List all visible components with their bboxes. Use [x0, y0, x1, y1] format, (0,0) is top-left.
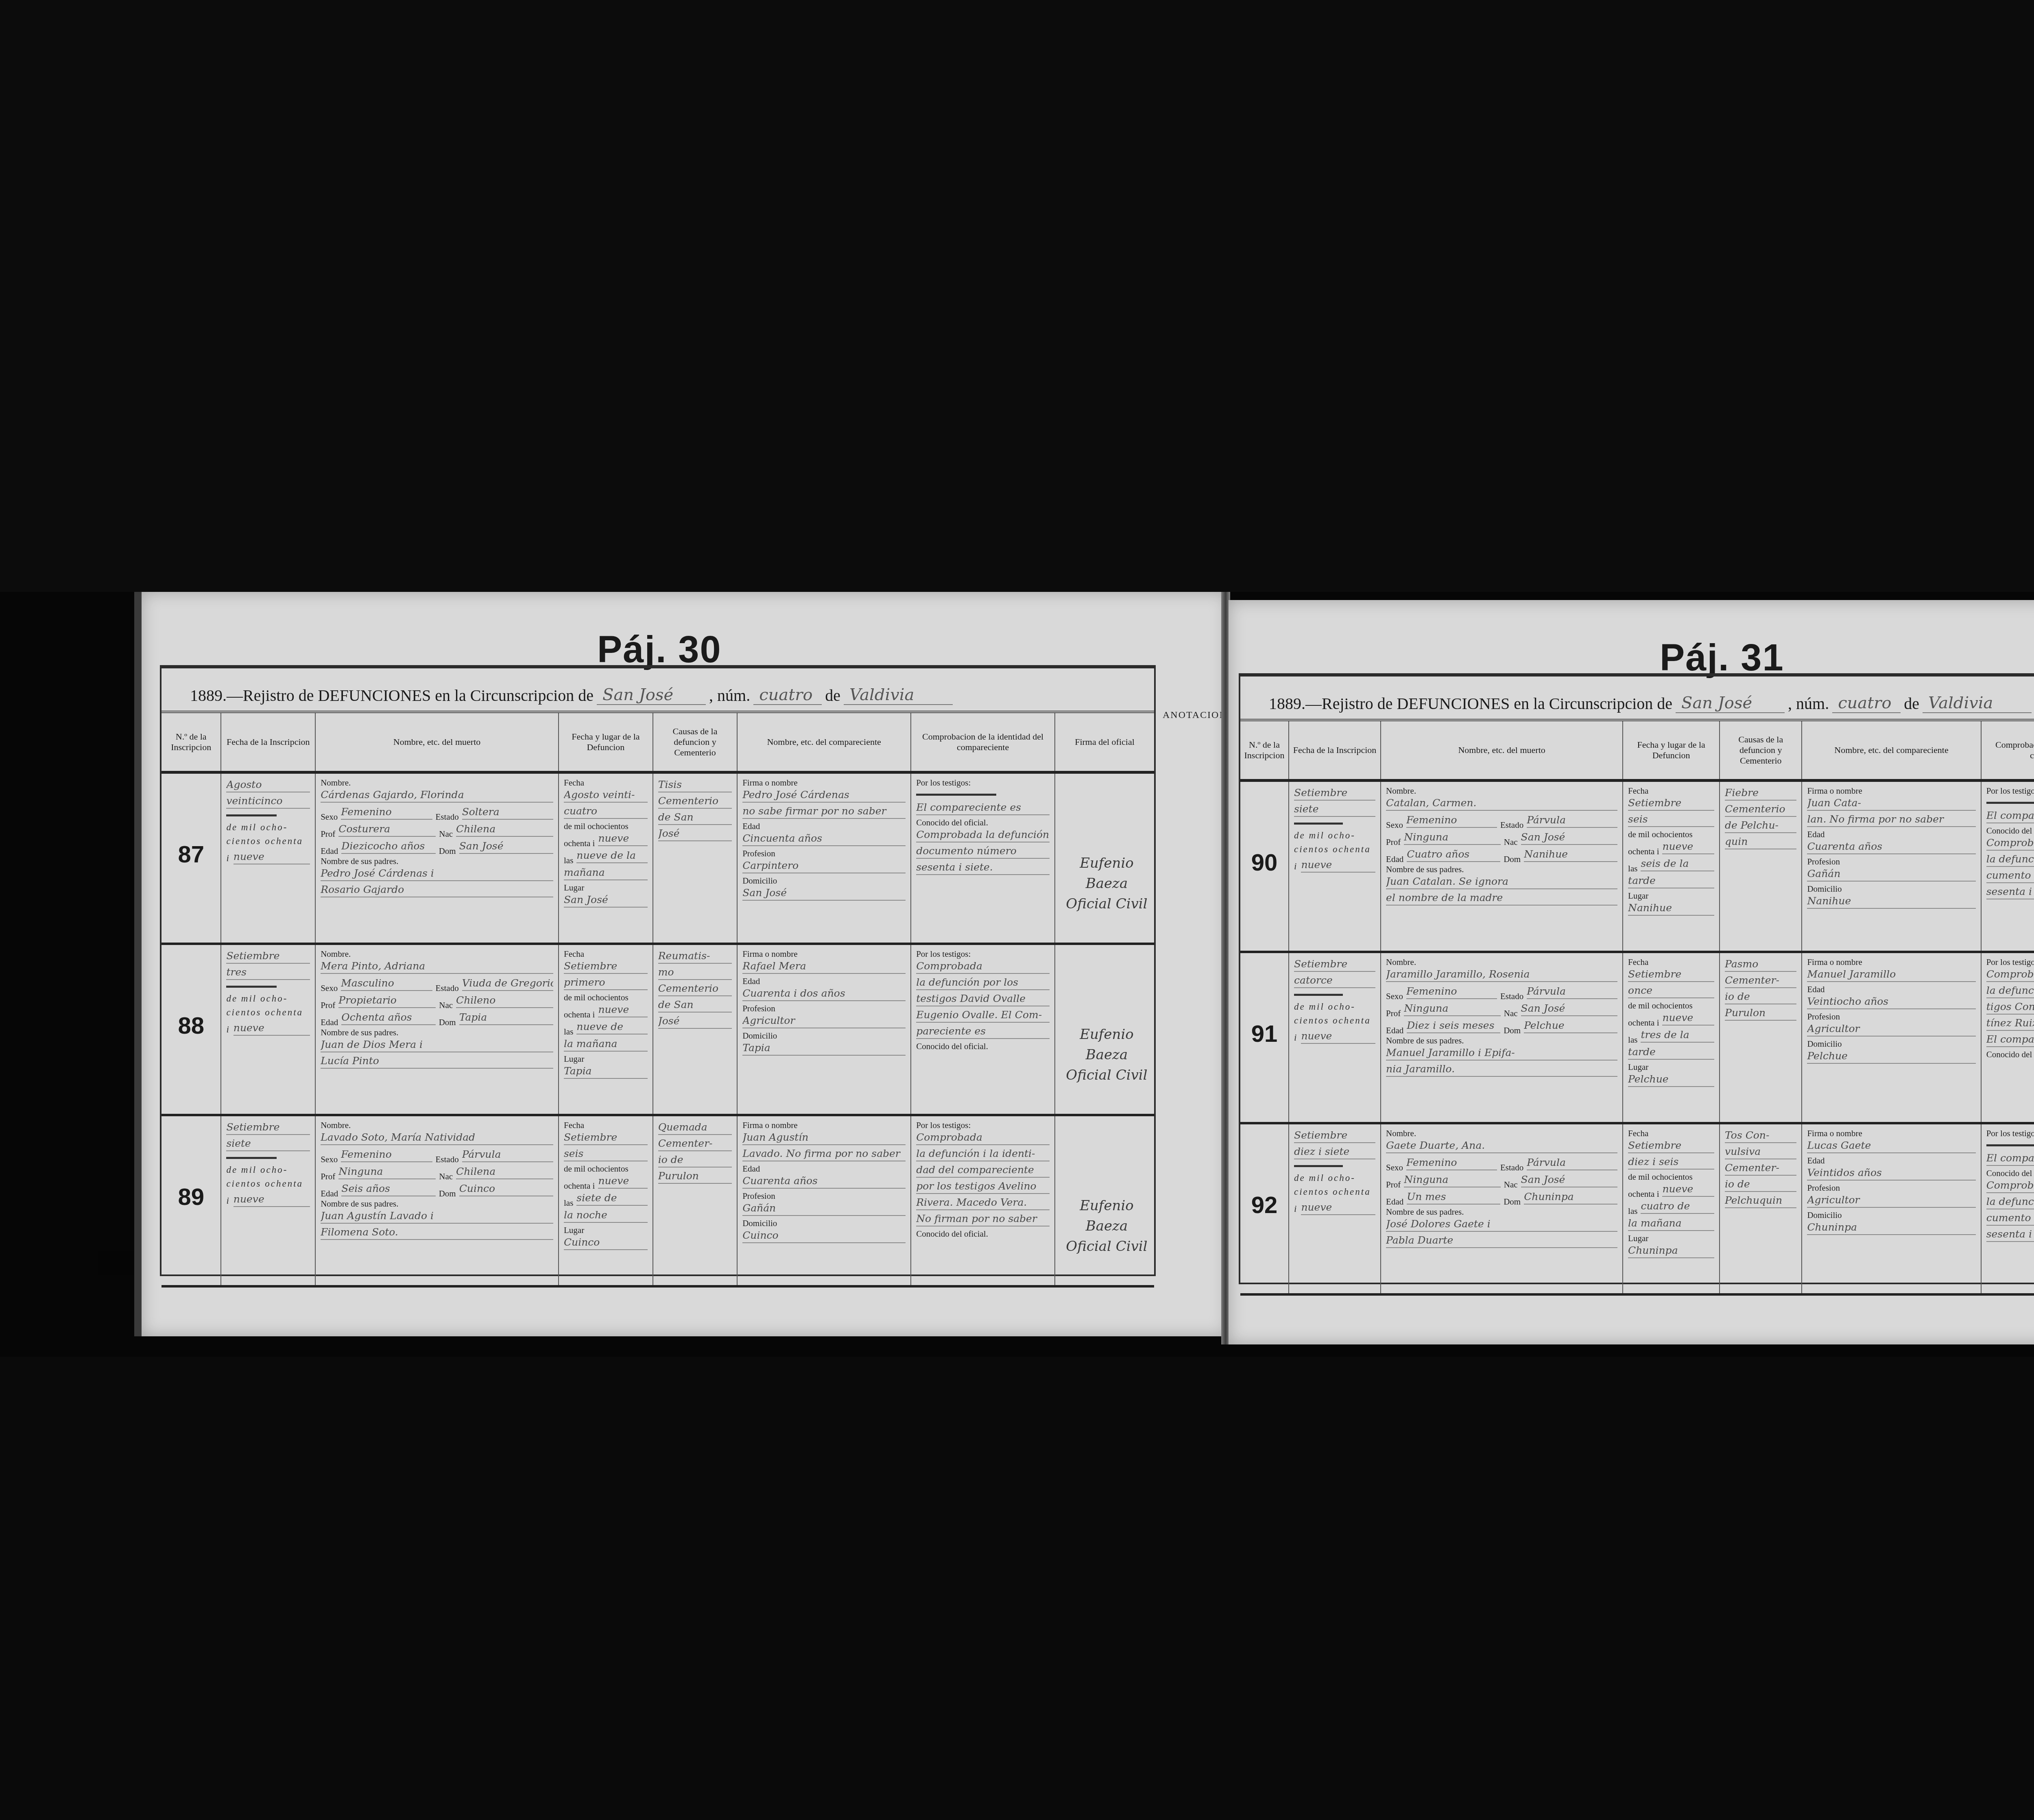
circunscripcion-value: San José — [597, 685, 706, 705]
inscription-date-value: siete — [1294, 803, 1375, 817]
num-value: cuatro — [1832, 694, 1901, 713]
verification-text: documento número — [916, 845, 1050, 859]
estado-label: Estado — [1500, 820, 1523, 830]
firma-label: Firma o nombre — [742, 1120, 906, 1130]
death-hour-value: tarde — [1628, 1046, 1714, 1060]
estado-value: Párvula — [1527, 814, 1617, 828]
year-suffix: inueve — [226, 1021, 310, 1038]
sexo-value: Femenino — [341, 806, 432, 820]
deceased-name: Mera Pinto, Adriana — [321, 960, 553, 974]
cause-cemetery-value: quin — [1725, 836, 1796, 849]
firma-label: Firma o nombre — [742, 778, 906, 788]
edad-label: Edad — [742, 821, 906, 831]
dom-value: Chuninpa — [1524, 1191, 1617, 1205]
printed-year-text: cientos ochenta — [1294, 1015, 1375, 1026]
dom-label: Dom — [439, 846, 456, 856]
de-label: de — [825, 686, 840, 705]
cause-cemetery-value: Cementerio — [658, 795, 732, 809]
cause-cemetery-value: Fiebre — [1725, 787, 1796, 801]
column-header-1: Fecha de la Inscripcion — [221, 713, 315, 773]
padres-label: Nombre de sus padres. — [321, 1199, 553, 1209]
conocido-label: Conocido del oficial. — [916, 1041, 1050, 1052]
prof-value: Ninguna — [1404, 1174, 1501, 1187]
edad-value: Ochenta años — [341, 1011, 435, 1025]
cause-cemetery-value: de San — [658, 999, 732, 1013]
parents-value: José Dolores Gaete i — [1386, 1218, 1617, 1232]
prof-label: Prof — [1386, 1008, 1401, 1019]
cause-cemetery-value: Cementerio — [1725, 803, 1796, 817]
year-suffix-value: nueve — [234, 1022, 310, 1036]
cause-cemetery-cell: TisisCementeriode SanJosé — [653, 773, 737, 944]
death-hour-value: la noche — [564, 1209, 648, 1223]
conocido-label: Conocido del oficial. — [916, 818, 1050, 828]
field-pair: EdadOchenta añosDomTapia — [321, 1010, 553, 1028]
nac-label: Nac — [1504, 837, 1518, 847]
testigos-label: Por los testigos: — [916, 1120, 1050, 1130]
parents-value: Filomena Soto. — [321, 1226, 553, 1240]
inscription-date-cell: Setiembrecatorcede mil ocho-cientos oche… — [1289, 952, 1381, 1123]
lugar-label: Lugar — [1628, 1233, 1714, 1244]
death-year-value: nueve — [598, 832, 647, 846]
death-place-value: Tapia — [564, 1065, 648, 1079]
num-value: cuatro — [753, 685, 822, 705]
declarant-domicile: Chuninpa — [1807, 1221, 1975, 1235]
edad-label: Edad — [1386, 1197, 1403, 1207]
parents-value: Juan de Dios Mera i — [321, 1039, 553, 1052]
dom-value: Cuinco — [459, 1183, 553, 1196]
printed-i: i — [1294, 1204, 1298, 1214]
identity-verification-cell: Por los testigos:El compareciente esCono… — [911, 773, 1055, 944]
cause-cemetery-value: io de — [1725, 991, 1796, 1004]
edad-label: Edad — [321, 1017, 338, 1028]
column-header-1: Fecha de la Inscripcion — [1289, 721, 1381, 781]
death-hour-value: cuatro de — [1641, 1200, 1714, 1214]
identity-verification-cell: Por los testigos:Comprobadala defunción … — [911, 1115, 1055, 1286]
num-label: , núm. — [1788, 694, 1829, 713]
declarant-age: Cuarenta años — [1807, 840, 1975, 854]
printed-year-text: cientos ochenta — [1294, 1187, 1375, 1197]
column-header-3: Fecha y lugar de la Defuncion — [559, 713, 653, 773]
num-label: , núm. — [709, 686, 750, 705]
cause-cemetery-cell: FiebreCementeriode Pelchu-quin — [1720, 781, 1802, 952]
death-hour-value: tres de la — [1641, 1029, 1714, 1043]
year-suffix-value: nueve — [1301, 859, 1375, 873]
las-label: las — [564, 1027, 573, 1037]
declarant-name: Lavado. No firma por no saber — [742, 1148, 906, 1161]
year-suffix-value: nueve — [1301, 1030, 1375, 1044]
column-header-4: Causas de la defuncion y Cementerio — [1720, 721, 1802, 781]
declarant-cell: Firma o nombreJuan Cata-lan. No firma po… — [1802, 781, 1981, 952]
witness-text: El compareciente es — [1986, 1033, 2034, 1047]
death-place-value: Chuninpa — [1628, 1244, 1714, 1258]
las-label: las — [1628, 864, 1637, 874]
field-pair: ProfNingunaNacSan José — [1386, 1173, 1617, 1190]
sexo-label: Sexo — [1386, 820, 1403, 830]
field-pair: ProfNingunaNacSan José — [1386, 1002, 1617, 1019]
deceased-cell: Nombre.Mera Pinto, AdrianaSexoMasculinoE… — [315, 944, 559, 1115]
declarant-note: El compareciente es — [916, 801, 1050, 815]
declarant-profession: Agricultor — [1807, 1023, 1975, 1037]
entries-grid: N.º de la InscripcionFecha de la Inscrip… — [161, 713, 1154, 1288]
field-pair: ProfNingunaNacSan José — [1386, 830, 1617, 847]
inscription-date-value: Setiembre — [1294, 958, 1375, 972]
nombre-label: Nombre. — [321, 778, 553, 788]
estado-value: Párvula — [462, 1148, 553, 1162]
death-date-value: cuatro — [564, 805, 648, 819]
official-signature-cell: Eufenio BaezaOficial Civil — [1055, 1115, 1154, 1286]
register-title-text: —Rejistro de DEFUNCIONES en la Circunscr… — [1305, 694, 1672, 713]
death-year-value: nueve — [598, 1004, 647, 1017]
verification-text: la defunción por do- — [1986, 853, 2034, 867]
firma-label: Firma o nombre — [1807, 786, 1975, 796]
hour-row: lassiete de — [564, 1191, 648, 1208]
death-place-value: San José — [564, 894, 648, 908]
divider-rule — [226, 1157, 276, 1159]
deceased-name: Catalan, Carmen. — [1386, 797, 1617, 811]
las-label: las — [564, 855, 573, 866]
ochenta-label: ochenta i — [1628, 847, 1659, 857]
open-ledger: Páj. 30 1889. —Rejistro de DEFUNCIONES e… — [134, 592, 2034, 1357]
verification-text: la defunción por do- — [1986, 1196, 2034, 1209]
page-30: Páj. 30 1889. —Rejistro de DEFUNCIONES e… — [134, 592, 1228, 1336]
declarant-cell: Firma o nombrePedro José Cárdenasno sabe… — [737, 773, 911, 944]
nac-label: Nac — [1504, 1180, 1518, 1190]
padres-label: Nombre de sus padres. — [1386, 864, 1617, 875]
domicilio-label: Domicilio — [742, 876, 906, 886]
edad-label: Edad — [1807, 1156, 1975, 1166]
declarant-profession: Agricultor — [742, 1015, 906, 1028]
field-pair: EdadDiezicocho añosDomSan José — [321, 839, 553, 856]
printed-year-text: de mil ocho- — [226, 993, 310, 1004]
printed-year-text: de mil ocho- — [1294, 1173, 1375, 1183]
declarant-name: no sabe firmar por no saber — [742, 805, 906, 819]
hour-row: lasnueve de la — [564, 849, 648, 866]
conocido-label: Conocido del oficial. — [1986, 826, 2034, 836]
field-pair: SexoFemeninoEstadoPárvula — [1386, 984, 1617, 1002]
padres-label: Nombre de sus padres. — [321, 856, 553, 866]
witness-text: tínez Ruiz i Rivera — [1986, 1017, 2034, 1031]
cause-cemetery-value: Purulon — [1725, 1007, 1796, 1021]
entry-number-cell: 89 — [161, 1115, 221, 1286]
cause-cemetery-value: Cementerio — [658, 982, 732, 996]
entry-number-cell: 87 — [161, 773, 221, 944]
de-value: Valdivia — [844, 685, 953, 705]
cause-cemetery-cell: Tos Con-vulsivaCementer-io dePelchuquin — [1720, 1123, 1802, 1294]
background-dark-surface — [0, 0, 2034, 592]
field-pair: ProfPropietarioNacChileno — [321, 993, 553, 1010]
page-31: Páj. 31 1889. —Rejistro de DEFUNCIONES e… — [1229, 600, 2034, 1344]
testigos-label: Por los testigos: — [1986, 1128, 2034, 1139]
identity-verification-cell: Por los testigos:Comprobadala defunción … — [911, 944, 1055, 1115]
field-pair: EdadSeis añosDomCuinco — [321, 1182, 553, 1199]
ochenta-label: ochenta i — [1628, 1018, 1659, 1028]
nac-label: Nac — [439, 1172, 453, 1182]
death-date-value: Setiembre — [1628, 797, 1714, 811]
cause-cemetery-cell: PasmoCementer-io dePurulon — [1720, 952, 1802, 1123]
death-year-value: nueve — [1662, 1183, 1714, 1197]
lugar-label: Lugar — [564, 883, 648, 893]
estado-label: Estado — [436, 812, 459, 822]
ochenta-label: ochenta i — [1628, 1189, 1659, 1199]
parents-value: nia Jaramillo. — [1386, 1063, 1617, 1077]
inscription-date-value: Setiembre — [1294, 787, 1375, 801]
background-table-surface — [0, 1357, 2034, 1820]
padres-label: Nombre de sus padres. — [1386, 1207, 1617, 1217]
inscription-date-value: Setiembre — [226, 950, 310, 964]
ochenta-row: ochenta inueve — [1628, 1011, 1714, 1028]
register-table: 1889. —Rejistro de DEFUNCIONES en la Cir… — [1239, 673, 2034, 1284]
death-date-place-cell: FechaSetiembreseisde mil ochocientosoche… — [1623, 781, 1720, 952]
divider-rule — [1986, 1144, 2034, 1146]
deceased-cell: Nombre.Jaramillo Jaramillo, RoseniaSexoF… — [1381, 952, 1623, 1123]
printed-de-mil: de mil ochocientos — [564, 1164, 648, 1174]
inscription-date-value: catorce — [1294, 974, 1375, 988]
nac-value: San José — [1521, 831, 1618, 845]
printed-i: i — [226, 853, 230, 864]
verification-text: Comprobada la defunción por — [916, 829, 1050, 842]
death-date-value: Setiembre — [564, 960, 648, 974]
field-pair: SexoFemeninoEstadoPárvula — [321, 1148, 553, 1165]
edad-value: Diezicocho años — [341, 840, 435, 854]
deceased-name: Cárdenas Gajardo, Florinda — [321, 789, 553, 803]
witness-text: la defunción i la identi- — [916, 1148, 1050, 1161]
profesion-label: Profesion — [1807, 857, 1975, 867]
declarant-name: Manuel Jaramillo — [1807, 968, 1975, 982]
prof-value: Ninguna — [1404, 831, 1501, 845]
declarant-age: Cuarenta años — [742, 1175, 906, 1189]
estado-value: Párvula — [1527, 985, 1617, 999]
declarant-cell: Firma o nombreLucas GaeteEdadVeintidos a… — [1802, 1123, 1981, 1294]
declarant-name: Pedro José Cárdenas — [742, 789, 906, 803]
field-pair: ProfNingunaNacChilena — [321, 1165, 553, 1182]
prof-label: Prof — [1386, 1180, 1401, 1190]
nombre-label: Nombre. — [321, 1120, 553, 1130]
column-header-0: N.º de la Inscripcion — [161, 713, 221, 773]
lugar-label: Lugar — [564, 1225, 648, 1235]
dom-label: Dom — [1504, 1026, 1521, 1036]
death-hour-value: mañana — [564, 866, 648, 880]
nac-value: Chilena — [456, 823, 553, 837]
field-pair: SexoMasculinoEstadoViuda de Gregorio Jar… — [321, 976, 553, 993]
column-header-6: Comprobacion de la identidad del compare… — [911, 713, 1055, 773]
death-hour-value: la mañana — [1628, 1217, 1714, 1231]
hour-row: lascuatro de — [1628, 1199, 1714, 1216]
nombre-label: Nombre. — [1386, 1128, 1617, 1139]
nac-value: Chilena — [456, 1165, 553, 1179]
domicilio-label: Domicilio — [1807, 1039, 1975, 1049]
entry-number: 91 — [1240, 1020, 1288, 1047]
cause-cemetery-cell: QuemadaCementer-io dePurulon — [653, 1115, 737, 1286]
estado-value: Párvula — [1527, 1157, 1617, 1170]
cause-cemetery-value: de San — [658, 811, 732, 825]
entry-number-cell: 90 — [1240, 781, 1289, 952]
printed-year-text: cientos ochenta — [1294, 844, 1375, 855]
prof-value: Ninguna — [338, 1165, 436, 1179]
witness-text: testigos David Ovalle — [916, 993, 1050, 1006]
edad-value: Seis años — [341, 1183, 435, 1196]
entry-number: 89 — [161, 1183, 220, 1211]
field-pair: EdadUn mesDomChuninpa — [1386, 1190, 1617, 1207]
inscription-date-value: Setiembre — [226, 1121, 310, 1135]
fecha-label: Fecha — [1628, 1128, 1714, 1139]
death-date-place-cell: FechaSetiembreprimerode mil ochocientoso… — [559, 944, 653, 1115]
estado-label: Estado — [1500, 991, 1523, 1002]
cause-cemetery-value: Pelchuquin — [1725, 1194, 1796, 1208]
witness-text: pareciente es — [916, 1025, 1050, 1039]
estado-value: Viuda de Gregorio Jaramillo — [462, 977, 553, 991]
death-year-value: nueve — [1662, 840, 1714, 854]
column-header-7: Firma del oficial — [1055, 713, 1154, 773]
verification-text: sesenta i siete. — [916, 861, 1050, 875]
de-label: de — [1904, 694, 1919, 713]
year-suffix: inueve — [226, 1192, 310, 1209]
sexo-value: Masculino — [341, 977, 432, 991]
inscription-date-cell: Setiembresietede mil ocho-cientos ochent… — [1289, 781, 1381, 952]
year-suffix-value: nueve — [1301, 1201, 1375, 1215]
year-suffix: inueve — [1294, 1200, 1375, 1218]
verification-text: sesenta i ocho. — [1986, 886, 2034, 899]
cause-cemetery-value: José — [658, 1015, 732, 1029]
sexo-value: Femenino — [1406, 985, 1497, 999]
las-label: las — [1628, 1035, 1637, 1045]
declarant-cell: Firma o nombreManuel JaramilloEdadVeinti… — [1802, 952, 1981, 1123]
register-title: 1889. —Rejistro de DEFUNCIONES en la Cir… — [1240, 676, 2034, 721]
cause-cemetery-value: Quemada — [658, 1121, 732, 1135]
official-signature: Eufenio BaezaOficial Civil — [1063, 1196, 1150, 1257]
hour-row: lasseis de la — [1628, 857, 1714, 874]
death-hour-value: la mañana — [564, 1038, 648, 1052]
sexo-label: Sexo — [321, 983, 338, 993]
printed-i: i — [1294, 861, 1298, 872]
parents-value: Pabla Duarte — [1386, 1234, 1617, 1248]
year-suffix: inueve — [1294, 858, 1375, 875]
witness-text: Rivera. Macedo Vera. — [916, 1196, 1050, 1210]
cause-cemetery-value: de Pelchu- — [1725, 819, 1796, 833]
ochenta-row: ochenta inueve — [564, 831, 648, 849]
conocido-label: Conocido del oficial. — [916, 1229, 1050, 1239]
death-hour-value: nueve de la — [576, 849, 647, 863]
parents-value: Pedro José Cárdenas i — [321, 867, 553, 881]
entry-number-cell: 92 — [1240, 1123, 1289, 1294]
witness-text: Eugenio Ovalle. El Com- — [916, 1009, 1050, 1023]
death-place-value: Pelchue — [1628, 1073, 1714, 1087]
fecha-label: Fecha — [564, 1120, 648, 1130]
sexo-label: Sexo — [321, 1154, 338, 1165]
identity-verification-cell: Por los testigos:El compareciente esCono… — [1981, 781, 2034, 952]
printed-i: i — [1294, 1032, 1298, 1043]
witness-text: la defunción por los — [916, 976, 1050, 990]
register-year: 1889. — [1269, 694, 1305, 713]
prof-label: Prof — [321, 829, 335, 839]
entry-number-cell: 91 — [1240, 952, 1289, 1123]
testigos-label: Por los testigos: — [916, 949, 1050, 959]
inscription-date-value: siete — [226, 1137, 310, 1151]
declarant-age: Cuarenta i dos años — [742, 987, 906, 1001]
death-place-value: Nanihue — [1628, 902, 1714, 916]
column-header-5: Nombre, etc. del compareciente — [737, 713, 911, 773]
estado-label: Estado — [1500, 1163, 1523, 1173]
prof-value: Costurera — [338, 823, 436, 837]
parents-value: Lucía Pinto — [321, 1055, 553, 1069]
official-signature: Eufenio BaezaOficial Civil — [1063, 1024, 1150, 1085]
ochenta-row: ochenta inueve — [564, 1003, 648, 1020]
hour-row: lasnueve de — [564, 1020, 648, 1037]
death-date-value: primero — [564, 976, 648, 990]
death-date-value: once — [1628, 984, 1714, 998]
fecha-label: Fecha — [564, 949, 648, 959]
parents-value: Rosario Gajardo — [321, 884, 553, 897]
declarant-profession: Agricultor — [1807, 1194, 1975, 1208]
divider-rule — [226, 986, 276, 988]
inscription-date-cell: Setiembrediez i sietede mil ocho-cientos… — [1289, 1123, 1381, 1294]
register-title-text: —Rejistro de DEFUNCIONES en la Circunscr… — [227, 686, 594, 705]
entry-number: 88 — [161, 1012, 220, 1039]
deceased-cell: Nombre.Lavado Soto, María NatividadSexoF… — [315, 1115, 559, 1286]
cause-cemetery-cell: Reumatis-moCementeriode SanJosé — [653, 944, 737, 1115]
cause-cemetery-value: Tos Con- — [1725, 1129, 1796, 1143]
printed-de-mil: de mil ochocientos — [1628, 1172, 1714, 1182]
hour-row: lastres de la — [1628, 1028, 1714, 1045]
field-pair: EdadCuatro añosDomNanihue — [1386, 847, 1617, 864]
cause-cemetery-value: Pasmo — [1725, 958, 1796, 972]
firma-label: Firma o nombre — [742, 949, 906, 959]
verification-text: sesenta i nueve — [1986, 1228, 2034, 1242]
edad-label: Edad — [742, 1164, 906, 1174]
dom-label: Dom — [1504, 854, 1521, 864]
inscription-date-value: tres — [226, 966, 310, 980]
deceased-name: Gaete Duarte, Ana. — [1386, 1139, 1617, 1153]
inscription-date-cell: Setiembretresde mil ocho-cientos ochenta… — [221, 944, 315, 1115]
divider-rule — [1294, 994, 1343, 996]
cause-cemetery-value: Purulon — [658, 1170, 732, 1184]
table-row: 91Setiembrecatorcede mil ocho-cientos oc… — [1240, 952, 2034, 1123]
printed-de-mil: de mil ochocientos — [1628, 1001, 1714, 1011]
year-suffix-value: nueve — [234, 1193, 310, 1207]
estado-label: Estado — [436, 1154, 459, 1165]
death-place-value: Cuinco — [564, 1236, 648, 1250]
de-value: Valdivia — [1923, 694, 2032, 713]
witness-text: No firman por no saber — [916, 1213, 1050, 1226]
verification-text: cumento número — [1986, 869, 2034, 883]
estado-value: Soltera — [462, 806, 553, 820]
las-label: las — [564, 1198, 573, 1208]
witness-text: Comprobada — [1986, 968, 2034, 982]
lugar-label: Lugar — [564, 1054, 648, 1064]
profesion-label: Profesion — [742, 1191, 906, 1201]
cause-cemetery-value: Cementer- — [1725, 1162, 1796, 1176]
sexo-value: Femenino — [341, 1148, 432, 1162]
column-header-4: Causas de la defuncion y Cementerio — [653, 713, 737, 773]
inscription-date-value: Setiembre — [1294, 1129, 1375, 1143]
domicilio-label: Domicilio — [1807, 884, 1975, 894]
deceased-cell: Nombre.Cárdenas Gajardo, FlorindaSexoFem… — [315, 773, 559, 944]
verification-text: Comprobada — [1986, 837, 2034, 851]
death-hour-value: siete de — [576, 1192, 647, 1206]
profesion-label: Profesion — [1807, 1012, 1975, 1022]
register-year: 1889. — [190, 686, 227, 705]
death-date-value: Setiembre — [1628, 1139, 1714, 1153]
declarant-domicile: Tapia — [742, 1042, 906, 1056]
table-row: 88Setiembretresde mil ocho-cientos ochen… — [161, 944, 1154, 1115]
nombre-label: Nombre. — [1386, 786, 1617, 796]
printed-de-mil: de mil ochocientos — [1628, 829, 1714, 840]
nac-label: Nac — [439, 1000, 453, 1010]
edad-label: Edad — [321, 846, 338, 856]
ochenta-label: ochenta i — [564, 1010, 595, 1020]
inscription-date-cell: Agostoveinticincode mil ocho-cientos och… — [221, 773, 315, 944]
field-pair: SexoFemeninoEstadoSoltera — [321, 805, 553, 822]
ochenta-row: ochenta inueve — [1628, 1182, 1714, 1199]
